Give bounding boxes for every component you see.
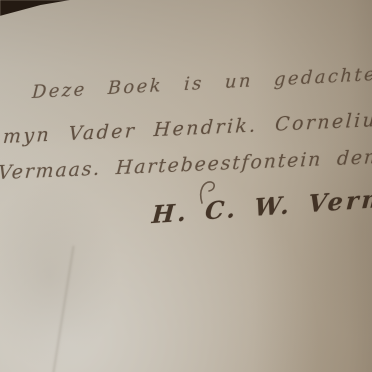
paper-crease: [51, 246, 74, 372]
inscription-line-2: myn Vader Hendrik. Cornelius: [2, 108, 372, 148]
signature-line: H. C. W. Verm: [151, 183, 372, 229]
inscription-line-1: Deze Boek is un gedachten: [31, 63, 372, 103]
inscription-line-3: Vermaas. Hartebeestfontein den: [0, 146, 372, 184]
paper-stain: [0, 180, 120, 370]
dark-background-corner: [0, 0, 70, 18]
photo-of-book-inscription: Deze Boek is un gedachten myn Vader Hend…: [0, 0, 372, 372]
